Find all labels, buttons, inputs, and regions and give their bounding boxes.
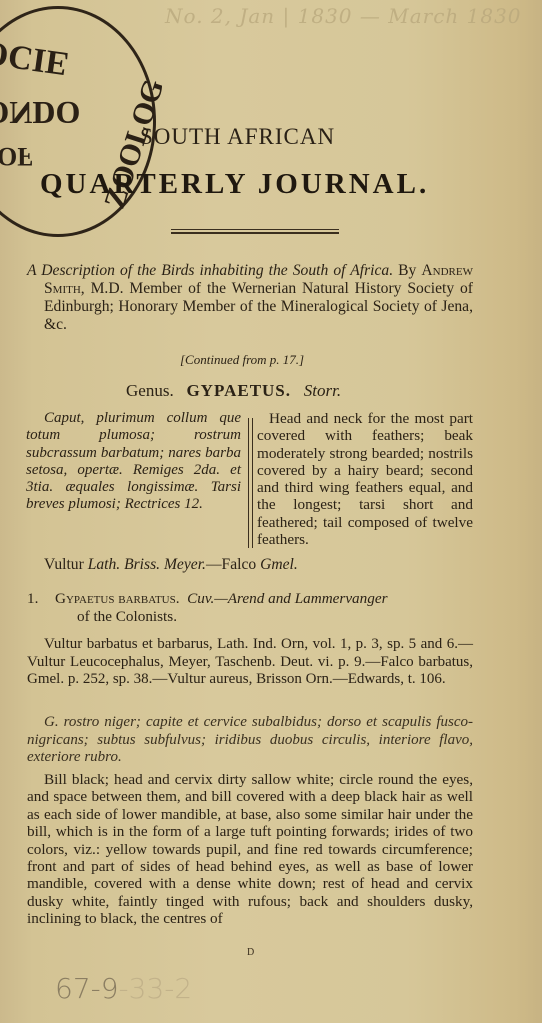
pencil-note-faint: -33-2	[119, 972, 193, 1005]
continued-note: [Continued from p. 17.]	[180, 352, 304, 368]
author-credentials: , M.D. Member of the Wernerian Natural H…	[44, 280, 473, 333]
english-text: Head and neck for the most part covered …	[257, 410, 473, 548]
column-divider	[248, 418, 253, 548]
intro-by: By	[393, 262, 421, 279]
article-intro: A Description of the Birds inhabiting th…	[27, 262, 473, 334]
species-number: 1.	[27, 590, 55, 608]
genus-author: Storr.	[304, 381, 341, 400]
stamp-text: OF	[0, 141, 33, 171]
continued-text: [Continued from p. 17.]	[180, 352, 304, 367]
genus-label: Genus.	[126, 381, 174, 400]
species-latin-diagnosis: G. rostro niger; capite et cervice subal…	[27, 714, 473, 767]
journal-title-line2: QUARTERLY JOURNAL.	[40, 168, 429, 201]
species-description: Bill black; head and cervix dirty sallow…	[27, 771, 473, 928]
species-heading: 1.Gypaetus barbatus. Cuv.—Arend and Lamm…	[27, 590, 473, 626]
species-synonyms: Vultur barbatus et barbarus, Lath. Ind. …	[27, 636, 473, 689]
species-common-name: Cuv.—Arend and Lammervanger	[187, 590, 387, 607]
synonym-prefix: Vultur	[44, 556, 88, 573]
synonym-authors-2: Gmel.	[260, 556, 298, 573]
genus-english-description: Head and neck for the most part covered …	[257, 410, 473, 548]
journal-page: No. 2, Jan | 1830 — March 1830 SOCIE LON…	[0, 0, 542, 1023]
journal-title-line1: SOUTH AFRICAN	[140, 124, 335, 150]
pencil-note: 67-9	[55, 972, 119, 1005]
synonym-authors: Lath. Briss. Meyer.	[88, 556, 206, 573]
genus-heading: Genus. GYPAETUS. Storr.	[126, 381, 341, 401]
genus-latin-description: Caput, plurimum collum que totum plumosa…	[26, 410, 241, 514]
handwritten-note: No. 2, Jan | 1830 — March 1830	[165, 4, 525, 28]
title-rule	[171, 229, 339, 234]
library-stamp: SOCIE LONDO OF ZOOLOG	[0, 6, 156, 237]
stamp-text: LONDO	[0, 94, 80, 131]
species-heading-line2: of the Colonists.	[27, 608, 473, 626]
genus-synonyms: Vultur Lath. Briss. Meyer.—Falco Gmel.	[44, 556, 298, 574]
article-title: A Description of the Birds inhabiting th…	[27, 262, 393, 279]
species-name: Gypaetus barbatus.	[55, 590, 180, 607]
genus-name: GYPAETUS.	[186, 381, 291, 400]
synonym-mid: —Falco	[206, 556, 260, 573]
latin-text: Caput, plurimum collum que totum plumosa…	[26, 410, 241, 512]
pencil-catalog-note: 67-9-33-2	[55, 972, 192, 1005]
signature-mark: D	[247, 947, 254, 958]
stamp-text: SOCIE	[0, 30, 71, 82]
